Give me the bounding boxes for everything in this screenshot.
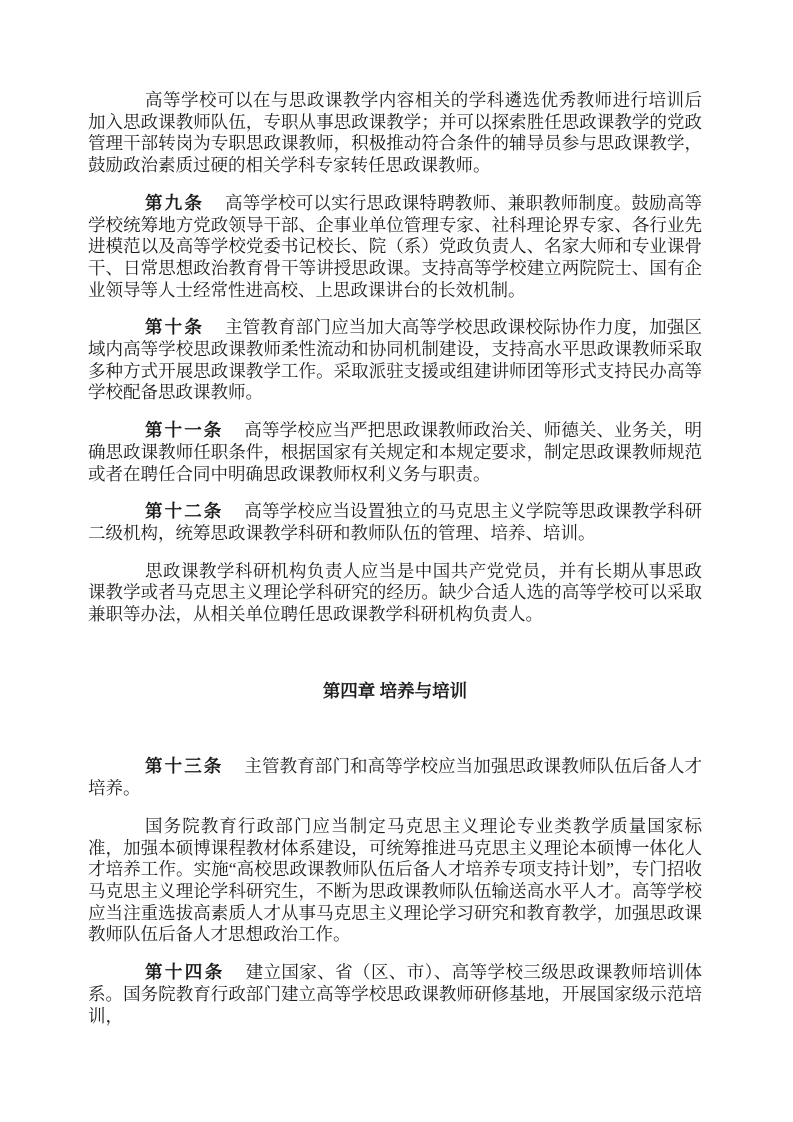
article-number: 第九条	[145, 193, 204, 213]
paragraph: 第十二条高等学校应当设置独立的马克思主义学院等思政课教学科研二级机构，统筹思政课…	[88, 501, 702, 544]
paragraph: 思政课教学科研机构负责人应当是中国共产党党员，并有长期从事思政课教学或者马克思主…	[88, 561, 702, 626]
paragraph: 国务院教育行政部门应当制定马克思主义理论专业类教学质量国家标准，加强本硕博课程教…	[88, 816, 702, 946]
document-body: 高等学校可以在与思政课教学内容相关的学科遴选优秀教师进行培训后加入思政课教师队伍…	[88, 90, 702, 1043]
paragraph: 第九条高等学校可以实行思政课特聘教师、兼职教师制度。鼓励高等学校统筹地方党政领导…	[88, 193, 702, 302]
chapter-heading: 第四章 培养与培训	[88, 681, 702, 703]
paragraph-text: 国务院教育行政部门应当制定马克思主义理论专业类教学质量国家标准，加强本硕博课程教…	[88, 816, 702, 945]
paragraph: 第十三条主管教育部门和高等学校应当加强思政课教师队伍后备人才培养。	[88, 756, 702, 799]
article-number: 第十四条	[145, 962, 225, 982]
article-number: 第十二条	[145, 501, 223, 521]
paragraph: 第十四条建立国家、省（区、市）、高等学校三级思政课教师培训体系。国务院教育行政部…	[88, 962, 702, 1027]
document-page: 高等学校可以在与思政课教学内容相关的学科遴选优秀教师进行培训后加入思政课教师队伍…	[0, 0, 793, 1122]
article-number: 第十条	[145, 317, 204, 337]
paragraph-text: 思政课教学科研机构负责人应当是中国共产党党员，并有长期从事思政课教学或者马克思主…	[88, 561, 702, 624]
paragraph-text: 高等学校可以在与思政课教学内容相关的学科遴选优秀教师进行培训后加入思政课教师队伍…	[88, 90, 702, 175]
paragraph: 第十条主管教育部门应当加大高等学校思政课校际协作力度，加强区域内高等学校思政课教…	[88, 317, 702, 404]
article-number: 第十三条	[145, 756, 223, 776]
paragraph: 第十一条高等学校应当严把思政课教师政治关、师德关、业务关，明确思政课教师任职条件…	[88, 420, 702, 485]
paragraph: 高等学校可以在与思政课教学内容相关的学科遴选优秀教师进行培训后加入思政课教师队伍…	[88, 90, 702, 177]
article-number: 第十一条	[145, 420, 223, 440]
